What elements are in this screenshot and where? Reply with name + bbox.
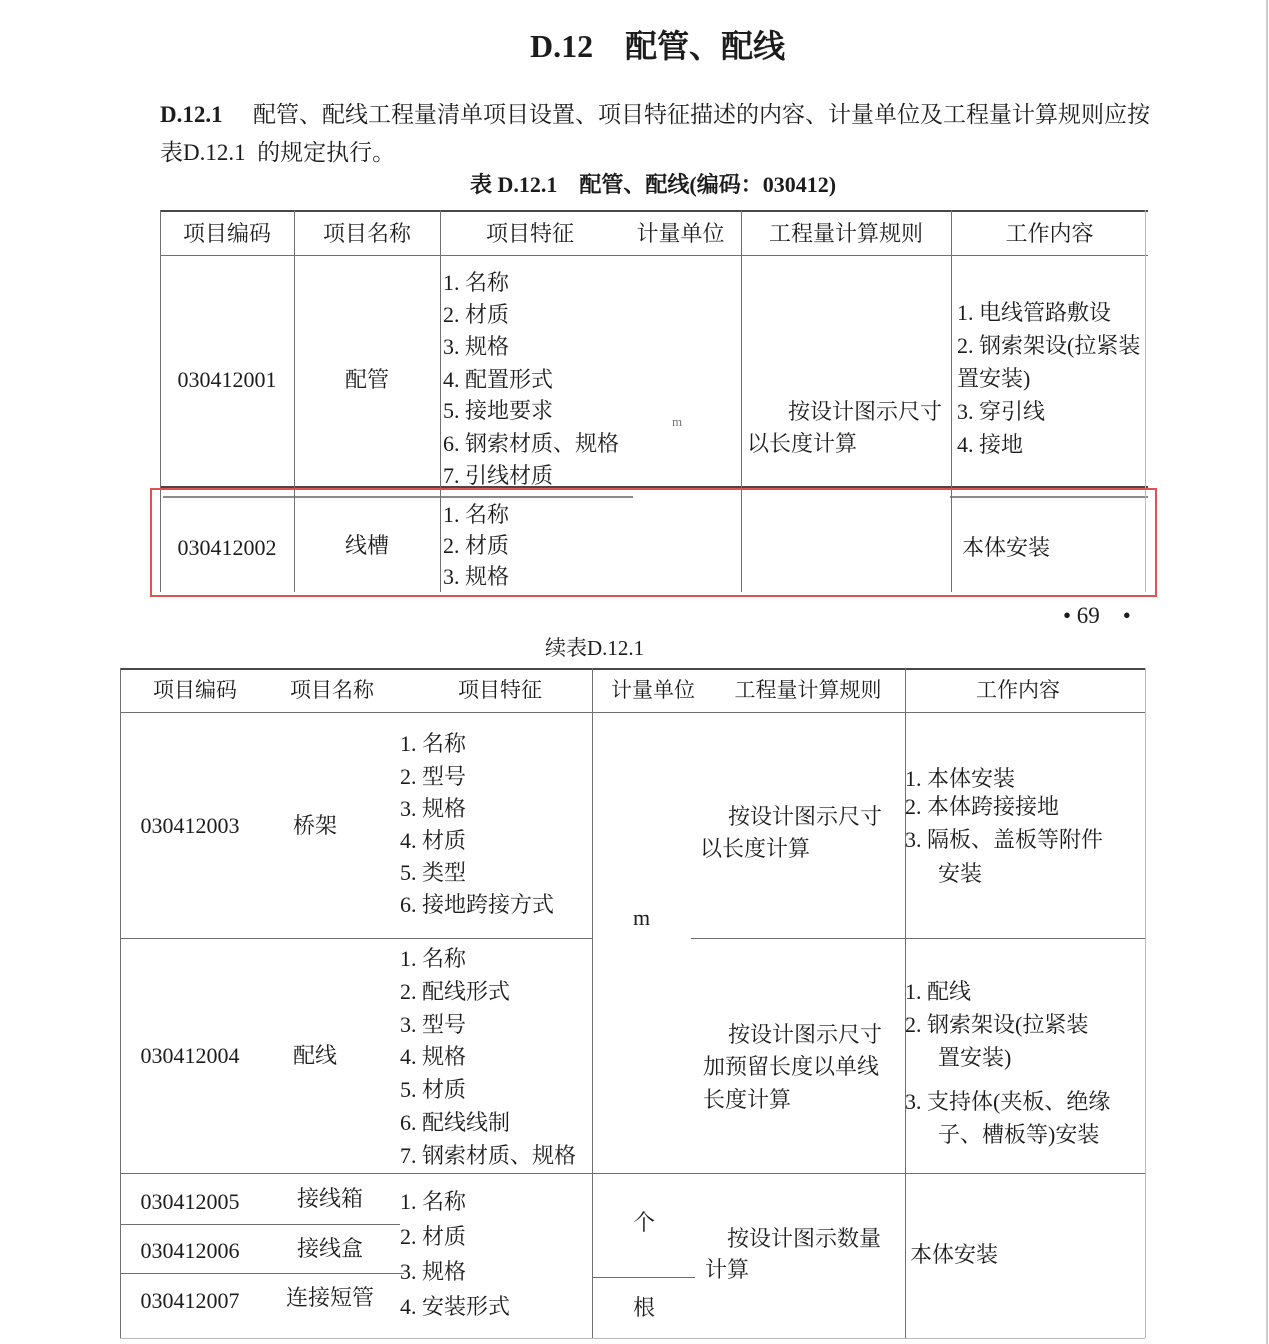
rule-line: 计算 <box>705 1257 749 1283</box>
work-line: 1. 电线管路敷设 <box>957 300 1111 326</box>
table1-caption: 表 D.12.1 配管、配线(编码：030412) <box>470 172 836 198</box>
rule-line: 长度计算 <box>703 1087 791 1113</box>
feature-item: 3. 规格 <box>443 334 509 360</box>
page-number: • 69 • <box>1063 602 1131 630</box>
work-line: 4. 接地 <box>957 432 1023 458</box>
column-header-code: 项目编码 <box>120 678 270 703</box>
work-line: 安装 <box>938 861 982 887</box>
grid-line <box>120 1273 404 1274</box>
feature-item: 4. 规格 <box>400 1044 466 1070</box>
cell-code: 030412004 <box>120 1043 260 1069</box>
column-header-unit: 计量单位 <box>620 221 741 247</box>
column-header-name: 项目名称 <box>270 678 394 703</box>
rule-line: 以长度计算 <box>747 431 857 457</box>
grid-line <box>120 938 592 939</box>
grid-line <box>160 210 1148 212</box>
highlight-annotation <box>150 488 1157 597</box>
cell-code: 030412001 <box>160 367 294 393</box>
work-line: 3. 支持体(夹板、绝缘 <box>905 1089 1110 1115</box>
work-line: 2. 钢索架设(拉紧装 <box>957 333 1140 359</box>
feature-item: 5. 接地要求 <box>443 398 553 424</box>
column-header-features: 项目特征 <box>440 221 620 247</box>
work-line: 3. 隔板、盖板等附件 <box>905 827 1103 853</box>
section-number: D.12.1 <box>160 101 223 129</box>
rule-line: 按设计图示尺寸 <box>728 1022 882 1048</box>
feature-item: 5. 类型 <box>400 860 466 886</box>
feature-item: 6. 钢索材质、规格 <box>443 431 619 457</box>
doc-title: D.12 配管、配线 <box>530 27 785 65</box>
cell-name: 连接短管 <box>260 1285 400 1311</box>
feature-item: 1. 名称 <box>400 731 466 757</box>
cell-name: 配管 <box>294 367 440 393</box>
unit-cell: m <box>633 905 650 931</box>
cell-code: 030412005 <box>120 1189 260 1215</box>
cell-code: 030412003 <box>120 813 260 839</box>
grid-line <box>120 1338 1145 1339</box>
feature-item: 1. 名称 <box>443 270 509 296</box>
feature-item: 6. 配线线制 <box>400 1110 510 1136</box>
cell-name: 接线箱 <box>260 1186 400 1212</box>
feature-item: 1. 名称 <box>400 946 466 972</box>
cell-name: 桥架 <box>260 813 370 839</box>
column-header-unit: 计量单位 <box>592 678 714 703</box>
feature-item: 1. 名称 <box>400 1189 466 1215</box>
feature-item: 7. 钢索材质、规格 <box>400 1143 576 1169</box>
page-edge-line <box>1266 0 1268 1344</box>
column-header-features: 项目特征 <box>435 678 565 703</box>
work-line: 置安装) <box>938 1045 1011 1071</box>
grid-line <box>592 668 593 1338</box>
feature-item: 3. 型号 <box>400 1012 466 1038</box>
unit-cell: 个 <box>633 1210 655 1236</box>
work-line: 3. 穿引线 <box>957 399 1045 425</box>
rule-line: 按设计图示尺寸 <box>788 399 942 425</box>
feature-item: 2. 型号 <box>400 764 466 790</box>
work-line: 子、槽板等)安装 <box>938 1122 1099 1148</box>
feature-item: 5. 材质 <box>400 1077 466 1103</box>
cell-name: 接线盒 <box>260 1236 400 1262</box>
feature-item: 4. 配置形式 <box>443 367 553 393</box>
document-page: D.12 配管、配线 D.12.1 配管、配线工程量清单项目设置、项目特征描述的… <box>0 0 1269 1344</box>
rule-line: 以长度计算 <box>700 836 810 862</box>
column-header-rule: 工程量计算规则 <box>714 678 902 703</box>
rule-line: 按设计图示尺寸 <box>728 804 882 830</box>
column-header-work: 工作内容 <box>951 221 1148 247</box>
grid-line <box>691 938 1145 939</box>
rule-line: 按设计图示数量 <box>727 1226 881 1252</box>
table2-caption: 续表D.12.1 <box>545 636 644 661</box>
work-line: 2. 本体跨接接地 <box>905 794 1059 820</box>
feature-item: 2. 材质 <box>400 1224 466 1250</box>
grid-line <box>160 255 1148 256</box>
cell-code: 030412006 <box>120 1238 260 1264</box>
work-line: 2. 钢索架设(拉紧装 <box>905 1012 1088 1038</box>
column-header-name: 项目名称 <box>294 221 440 247</box>
feature-item: 2. 配线形式 <box>400 979 510 1005</box>
feature-item: 4. 材质 <box>400 828 466 854</box>
grid-line <box>120 668 1145 670</box>
feature-item: 3. 规格 <box>400 796 466 822</box>
column-header-rule: 工程量计算规则 <box>741 221 951 247</box>
grid-line <box>592 1277 695 1278</box>
work-line: 本体安装 <box>910 1242 998 1268</box>
unit-cell: 根 <box>633 1295 655 1321</box>
work-line: 置安装) <box>957 366 1030 392</box>
feature-item: 7. 引线材质 <box>443 463 553 489</box>
unit-cell: m <box>672 414 682 430</box>
cell-name: 配线 <box>260 1043 370 1069</box>
feature-item: 4. 安装形式 <box>400 1294 510 1320</box>
work-line: 1. 本体安装 <box>905 766 1015 792</box>
feature-item: 3. 规格 <box>400 1259 466 1285</box>
work-line: 1. 配线 <box>905 979 971 1005</box>
grid-line <box>120 712 1145 713</box>
cell-code: 030412007 <box>120 1288 260 1314</box>
rule-line: 加预留长度以单线 <box>703 1054 879 1080</box>
grid-line <box>120 1224 400 1225</box>
grid-line <box>1145 668 1146 1338</box>
column-header-code: 项目编码 <box>160 221 294 247</box>
section-text: 配管、配线工程量清单项目设置、项目特征描述的内容、计量单位及工程量计算规则应按 <box>253 101 1150 129</box>
feature-item: 6. 接地跨接方式 <box>400 892 554 918</box>
column-header-work: 工作内容 <box>920 678 1116 703</box>
feature-item: 2. 材质 <box>443 302 509 328</box>
section-text-line2: 表D.12.1 的规定执行。 <box>160 139 395 167</box>
grid-line <box>120 1173 1145 1174</box>
